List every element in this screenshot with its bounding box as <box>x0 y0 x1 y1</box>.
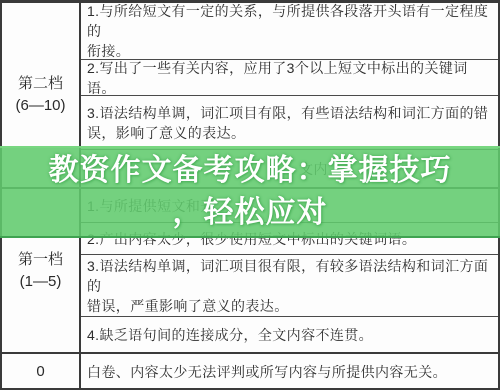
criteria-text: 2.写出了一些有关内容，应用了3个以上短文中标出的关键词语。 <box>87 58 494 98</box>
criteria-row: 3.语法结构单调，词汇项目很有限，有较多语法结构和词汇方面的 错误，严重影响了意… <box>81 255 498 317</box>
banner-title: 教资作文备考攻略：掌握技巧 ，轻松应对 <box>49 150 452 234</box>
criteria-row: 白卷、内容太少无法评判或所写内容与所提供内容无关。 <box>81 354 498 389</box>
promo-banner-overlay[interactable]: 教资作文备考攻略：掌握技巧 ，轻松应对 <box>0 146 500 238</box>
page-root: 第二档 (6—10) 1.与所给短文有一定的关系，与所提供各段落开头语有一定程度… <box>0 0 500 390</box>
criteria-row: 4.缺乏语句间的连接成分，全文内容不连贯。 <box>81 317 498 352</box>
criteria-row: 2.写出了一些有关内容，应用了3个以上短文中标出的关键词语。 <box>81 60 498 96</box>
band-zero-rows: 白卷、内容太少无法评判或所写内容与所提供内容无关。 <box>81 354 498 389</box>
criteria-text: 白卷、内容太少无法评判或所写内容与所提供内容无关。 <box>87 362 447 382</box>
criteria-row: 1.与所给短文有一定的关系，与所提供各段落开头语有一定程度的 衔接。 <box>81 3 498 60</box>
criteria-text: 4.缺乏语句间的连接成分，全文内容不连贯。 <box>87 325 373 345</box>
band-zero-label: 0 <box>2 354 81 389</box>
band-zero: 0 白卷、内容太少无法评判或所写内容与所提供内容无关。 <box>2 354 498 389</box>
criteria-text: 3.语法结构单调，词汇项目有限，有些语法结构和词汇方面的错 误，影响了意义的表达… <box>87 103 488 143</box>
criteria-text: 1.与所给短文有一定的关系，与所提供各段落开头语有一定程度的 衔接。 <box>87 1 494 61</box>
criteria-row: 3.语法结构单调，词汇项目有限，有些语法结构和词汇方面的错 误，影响了意义的表达… <box>81 96 498 150</box>
criteria-text: 3.语法结构单调，词汇项目很有限，有较多语法结构和词汇方面的 错误，严重影响了意… <box>87 256 494 316</box>
